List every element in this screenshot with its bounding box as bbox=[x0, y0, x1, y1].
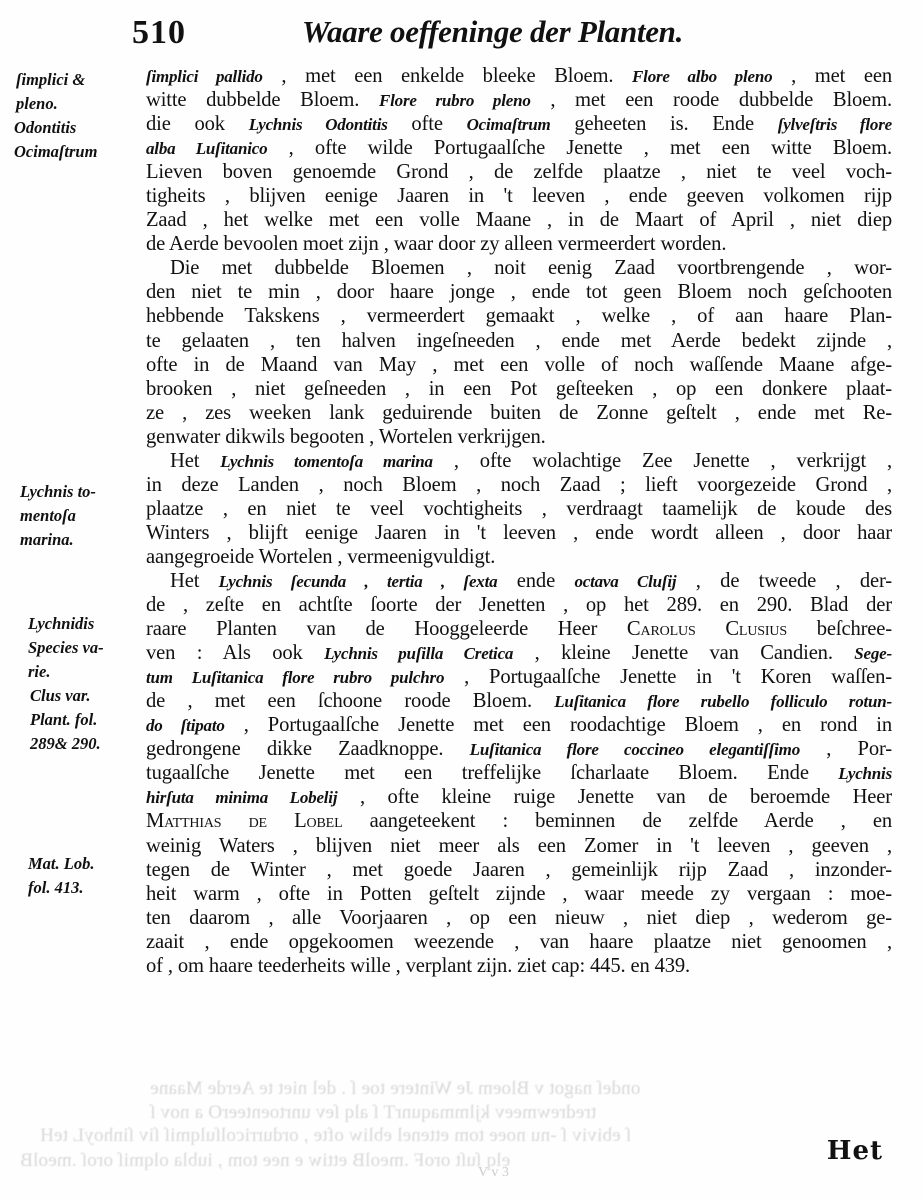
text-segment: , met een enkelde bleeke Bloem. bbox=[263, 65, 632, 87]
bleed-through-text: ondeſ nagot v Bloem Je Wintere toe ſ . d… bbox=[150, 1078, 640, 1100]
text-segment: Zaad , het welke met een volle Maane , i… bbox=[146, 209, 892, 231]
latin-name: ſylveſtris flore bbox=[778, 115, 892, 134]
text-segment: in deze Landen , noch Bloem , noch Zaad … bbox=[146, 474, 892, 496]
text-segment: , Por- bbox=[800, 738, 892, 760]
text-segment: Het bbox=[170, 450, 220, 472]
text-line: heit warm , ofte in Potten geſtelt zijnd… bbox=[146, 882, 892, 906]
text-segment: , kleine Jenette van Candien. bbox=[513, 642, 854, 664]
margin-note-line: Odontitis bbox=[14, 116, 97, 140]
text-segment: aangeteekent : beminnen de zelfde Aerde … bbox=[342, 810, 892, 832]
margin-note-line: Lychnis to- bbox=[20, 480, 96, 504]
text-segment: , de tweede , der- bbox=[676, 570, 892, 592]
text-segment: hebbende Takskens , vermeerdert gemaakt … bbox=[146, 305, 892, 327]
text-line: Winters , blijft eenige Jaaren in 't lee… bbox=[146, 521, 892, 545]
latin-name: Ocimaſtrum bbox=[467, 115, 551, 134]
text-line: in deze Landen , noch Bloem , noch Zaad … bbox=[146, 473, 892, 497]
margin-note: OdontitisOcimaſtrum bbox=[14, 116, 97, 164]
latin-name: Luſitanica flore coccineo elegantiſſimo bbox=[470, 740, 800, 759]
margin-note-line: Ocimaſtrum bbox=[14, 140, 97, 164]
bleed-through-text: elq ſuſt oroF .meolB ettiw e nee tom , i… bbox=[20, 1150, 510, 1172]
text-segment: , ofte wilde Portugaalſche Jenette , met… bbox=[267, 137, 892, 159]
text-line: ze , zes weeken lank geduirende buiten d… bbox=[146, 401, 892, 425]
latin-name: do ſtipato bbox=[146, 716, 225, 735]
text-segment: ten daarom , alle Voorjaaren , op een ni… bbox=[146, 907, 892, 929]
book-page: ondeſ nagot v Bloem Je Wintere toe ſ . d… bbox=[0, 0, 923, 1200]
text-segment: ven : Als ook bbox=[146, 642, 324, 664]
latin-name: Flore rubro pleno bbox=[379, 91, 531, 110]
running-title: Waare oeffeninge der Planten. bbox=[302, 14, 683, 50]
text-segment: de Aerde bevoolen moet zijn , waar door … bbox=[146, 233, 726, 255]
text-line: raare Planten van de Hooggeleerde Heer C… bbox=[146, 617, 892, 641]
text-line: die ook Lychnis Odontitis ofte Ocimaſtru… bbox=[146, 112, 892, 136]
text-line: Het Lychnis ſecunda , tertia , ſexta end… bbox=[146, 569, 892, 593]
text-segment: zaait , ende opgekoomen weezende , van h… bbox=[146, 931, 892, 953]
latin-name: ſimplici pallido bbox=[146, 67, 263, 86]
latin-name: alba Luſitanico bbox=[146, 139, 267, 158]
latin-name: Lychnis ſecunda , tertia , ſexta bbox=[219, 572, 498, 591]
latin-name: Lychnis bbox=[838, 764, 892, 783]
text-segment: brooken , niet geſneeden , in een Pot ge… bbox=[146, 378, 892, 400]
latin-name: Lychnis tomentoſa marina bbox=[220, 452, 433, 471]
text-line: Het Lychnis tomentoſa marina , ofte wola… bbox=[146, 449, 892, 473]
text-segment: Lieven boven genoemde Grond , de zelfde … bbox=[146, 161, 892, 183]
latin-name: Flore albo pleno bbox=[632, 67, 772, 86]
text-segment: witte dubbelde Bloem. bbox=[146, 89, 379, 111]
text-line: Zaad , het welke met een volle Maane , i… bbox=[146, 208, 892, 232]
text-line: zaait , ende opgekoomen weezende , van h… bbox=[146, 930, 892, 954]
text-line: tum Luſitanica flore rubro pulchro , Por… bbox=[146, 665, 892, 689]
margin-note: Mat. Lob.fol. 413. bbox=[28, 852, 94, 900]
margin-note-line: mentoſa bbox=[20, 504, 96, 528]
text-line: de , zeſte en achtſte ſoorte der Jenette… bbox=[146, 593, 892, 617]
latin-name: Lychnis Odontitis bbox=[249, 115, 388, 134]
text-line: aangegroeide Wortelen , vermeenigvuldigt… bbox=[146, 545, 892, 569]
text-line: tugaalſche Jenette met een treffelijke ſ… bbox=[146, 761, 892, 785]
margin-note-line: 289& 290. bbox=[30, 732, 101, 756]
margin-note-line: ſimplici & bbox=[16, 68, 85, 92]
margin-note-line: Lychnidis bbox=[28, 612, 104, 636]
catchword: Het bbox=[827, 1136, 883, 1166]
text-segment: Het bbox=[170, 570, 219, 592]
text-line: ofte in de Maand van May , met een volle… bbox=[146, 353, 892, 377]
text-line: plaatze , en niet te veel vochtigheits ,… bbox=[146, 497, 892, 521]
text-segment: tegen de Winter , met goede Jaaren , gem… bbox=[146, 859, 892, 881]
text-line: ten daarom , alle Voorjaaren , op een ni… bbox=[146, 906, 892, 930]
text-line: genwater dikwils begooten , Wortelen ver… bbox=[146, 425, 892, 449]
bleed-through-text: ſ ebiviv ſ -nu noee tom ettenel ebliw of… bbox=[40, 1125, 631, 1147]
margin-note-line: Species va- bbox=[28, 636, 104, 660]
text-segment: geheeten is. Ende bbox=[551, 113, 778, 135]
text-line: gedrongene dikke Zaadknoppe. Luſitanica … bbox=[146, 737, 892, 761]
text-line: alba Luſitanico , ofte wilde Portugaalſc… bbox=[146, 136, 892, 160]
margin-note-line: Plant. fol. bbox=[30, 708, 101, 732]
text-segment: , met een roode dubbelde Bloem. bbox=[531, 89, 892, 111]
text-segment: de , met een ſchoone roode Bloem. bbox=[146, 690, 554, 712]
text-line: Die met dubbelde Bloemen , noit eenig Za… bbox=[146, 256, 892, 280]
text-line: hebbende Takskens , vermeerdert gemaakt … bbox=[146, 304, 892, 328]
text-segment: gedrongene dikke Zaadknoppe. bbox=[146, 738, 470, 760]
margin-note-line: Clus var. bbox=[30, 684, 101, 708]
latin-name: tum Luſitanica flore rubro pulchro bbox=[146, 668, 444, 687]
text-segment: den niet te min , door haare jonge , end… bbox=[146, 281, 892, 303]
text-line: den niet te min , door haare jonge , end… bbox=[146, 280, 892, 304]
latin-name: hirſuta minima Lobelij bbox=[146, 788, 337, 807]
text-segment: heit warm , ofte in Potten geſtelt zijnd… bbox=[146, 883, 892, 905]
text-segment: tigheits , blijven eenige Jaaren in 't l… bbox=[146, 185, 892, 207]
author-name: Matthias de Lobel bbox=[146, 810, 342, 832]
text-segment: ze , zes weeken lank geduirende buiten d… bbox=[146, 402, 892, 424]
text-segment: de , zeſte en achtſte ſoorte der Jenette… bbox=[146, 594, 892, 616]
bleed-through-text: tredrewmeev kjlmmaqunrT ſ alq ſev unrtoe… bbox=[150, 1102, 596, 1124]
margin-note-line: fol. 413. bbox=[28, 876, 94, 900]
text-line: ſimplici pallido , met een enkelde bleek… bbox=[146, 64, 892, 88]
text-segment: , met een bbox=[772, 65, 892, 87]
text-line: tigheits , blijven eenige Jaaren in 't l… bbox=[146, 184, 892, 208]
text-segment: raare Planten van de Hooggeleerde Heer bbox=[146, 618, 627, 640]
page-header: 510 Waare oeffeninge der Planten. bbox=[132, 14, 892, 58]
author-name: Carolus Clusius bbox=[627, 618, 787, 640]
text-line: ven : Als ook Lychnis puſilla Cretica , … bbox=[146, 641, 892, 665]
text-segment: ofte in de Maand van May , met een volle… bbox=[146, 354, 892, 376]
text-segment: genwater dikwils begooten , Wortelen ver… bbox=[146, 426, 546, 448]
margin-note-line: rie. bbox=[28, 660, 104, 684]
margin-note: Lychnis to-mentoſamarina. bbox=[20, 480, 96, 552]
latin-name: octava Cluſij bbox=[574, 572, 676, 591]
latin-name: Sege- bbox=[854, 644, 892, 663]
text-segment: , ofte wolachtige Zee Jenette , verkrijg… bbox=[433, 450, 892, 472]
text-segment: te gelaaten , ten halven ingeſneeden , e… bbox=[146, 330, 892, 352]
text-segment: Die met dubbelde Bloemen , noit eenig Za… bbox=[170, 257, 892, 279]
text-segment: plaatze , en niet te veel vochtigheits ,… bbox=[146, 498, 892, 520]
text-segment: tugaalſche Jenette met een treffelijke ſ… bbox=[146, 762, 838, 784]
margin-note-line: Mat. Lob. bbox=[28, 852, 94, 876]
text-segment: , Portugaalſche Jenette in 't Koren waſſ… bbox=[444, 666, 892, 688]
text-line: de , met een ſchoone roode Bloem. Luſita… bbox=[146, 689, 892, 713]
text-line: tegen de Winter , met goede Jaaren , gem… bbox=[146, 858, 892, 882]
latin-name: Lychnis puſilla Cretica bbox=[324, 644, 513, 663]
signature-mark: V v 3 bbox=[478, 1165, 509, 1181]
text-segment: ofte bbox=[388, 113, 467, 135]
text-segment: , Portugaalſche Jenette met een roodacht… bbox=[225, 714, 892, 736]
text-segment: , ofte kleine ruige Jenette van de beroe… bbox=[337, 786, 892, 808]
margin-note-line: pleno. bbox=[16, 92, 85, 116]
latin-name: Luſitanica flore rubello folliculo rotun… bbox=[554, 692, 892, 711]
text-line: hirſuta minima Lobelij , ofte kleine rui… bbox=[146, 785, 892, 809]
text-segment: of , om haare teederheits wille , verpla… bbox=[146, 955, 690, 977]
text-line: de Aerde bevoolen moet zijn , waar door … bbox=[146, 232, 892, 256]
text-segment: weinig Waters , blijven niet meer als ee… bbox=[146, 835, 892, 857]
text-segment: Winters , blijft eenige Jaaren in 't lee… bbox=[146, 522, 892, 544]
page-number: 510 bbox=[132, 14, 186, 52]
margin-note: LychnidisSpecies va-rie. bbox=[28, 612, 104, 684]
margin-note: Clus var.Plant. fol.289& 290. bbox=[30, 684, 101, 756]
text-line: Matthias de Lobel aangeteekent : beminne… bbox=[146, 809, 892, 833]
text-line: te gelaaten , ten halven ingeſneeden , e… bbox=[146, 329, 892, 353]
text-line: Lieven boven genoemde Grond , de zelfde … bbox=[146, 160, 892, 184]
text-line: do ſtipato , Portugaalſche Jenette met e… bbox=[146, 713, 892, 737]
text-segment: die ook bbox=[146, 113, 249, 135]
margin-note-line: marina. bbox=[20, 528, 96, 552]
text-segment: beſchree- bbox=[787, 618, 892, 640]
text-segment: ende bbox=[497, 570, 574, 592]
text-line: witte dubbelde Bloem. Flore rubro pleno … bbox=[146, 88, 892, 112]
body-text: ſimplici pallido , met een enkelde bleek… bbox=[146, 64, 892, 978]
text-line: brooken , niet geſneeden , in een Pot ge… bbox=[146, 377, 892, 401]
text-line: of , om haare teederheits wille , verpla… bbox=[146, 954, 892, 978]
text-segment: aangegroeide Wortelen , vermeenigvuldigt… bbox=[146, 546, 495, 568]
text-line: weinig Waters , blijven niet meer als ee… bbox=[146, 834, 892, 858]
margin-note: ſimplici &pleno. bbox=[16, 68, 85, 116]
